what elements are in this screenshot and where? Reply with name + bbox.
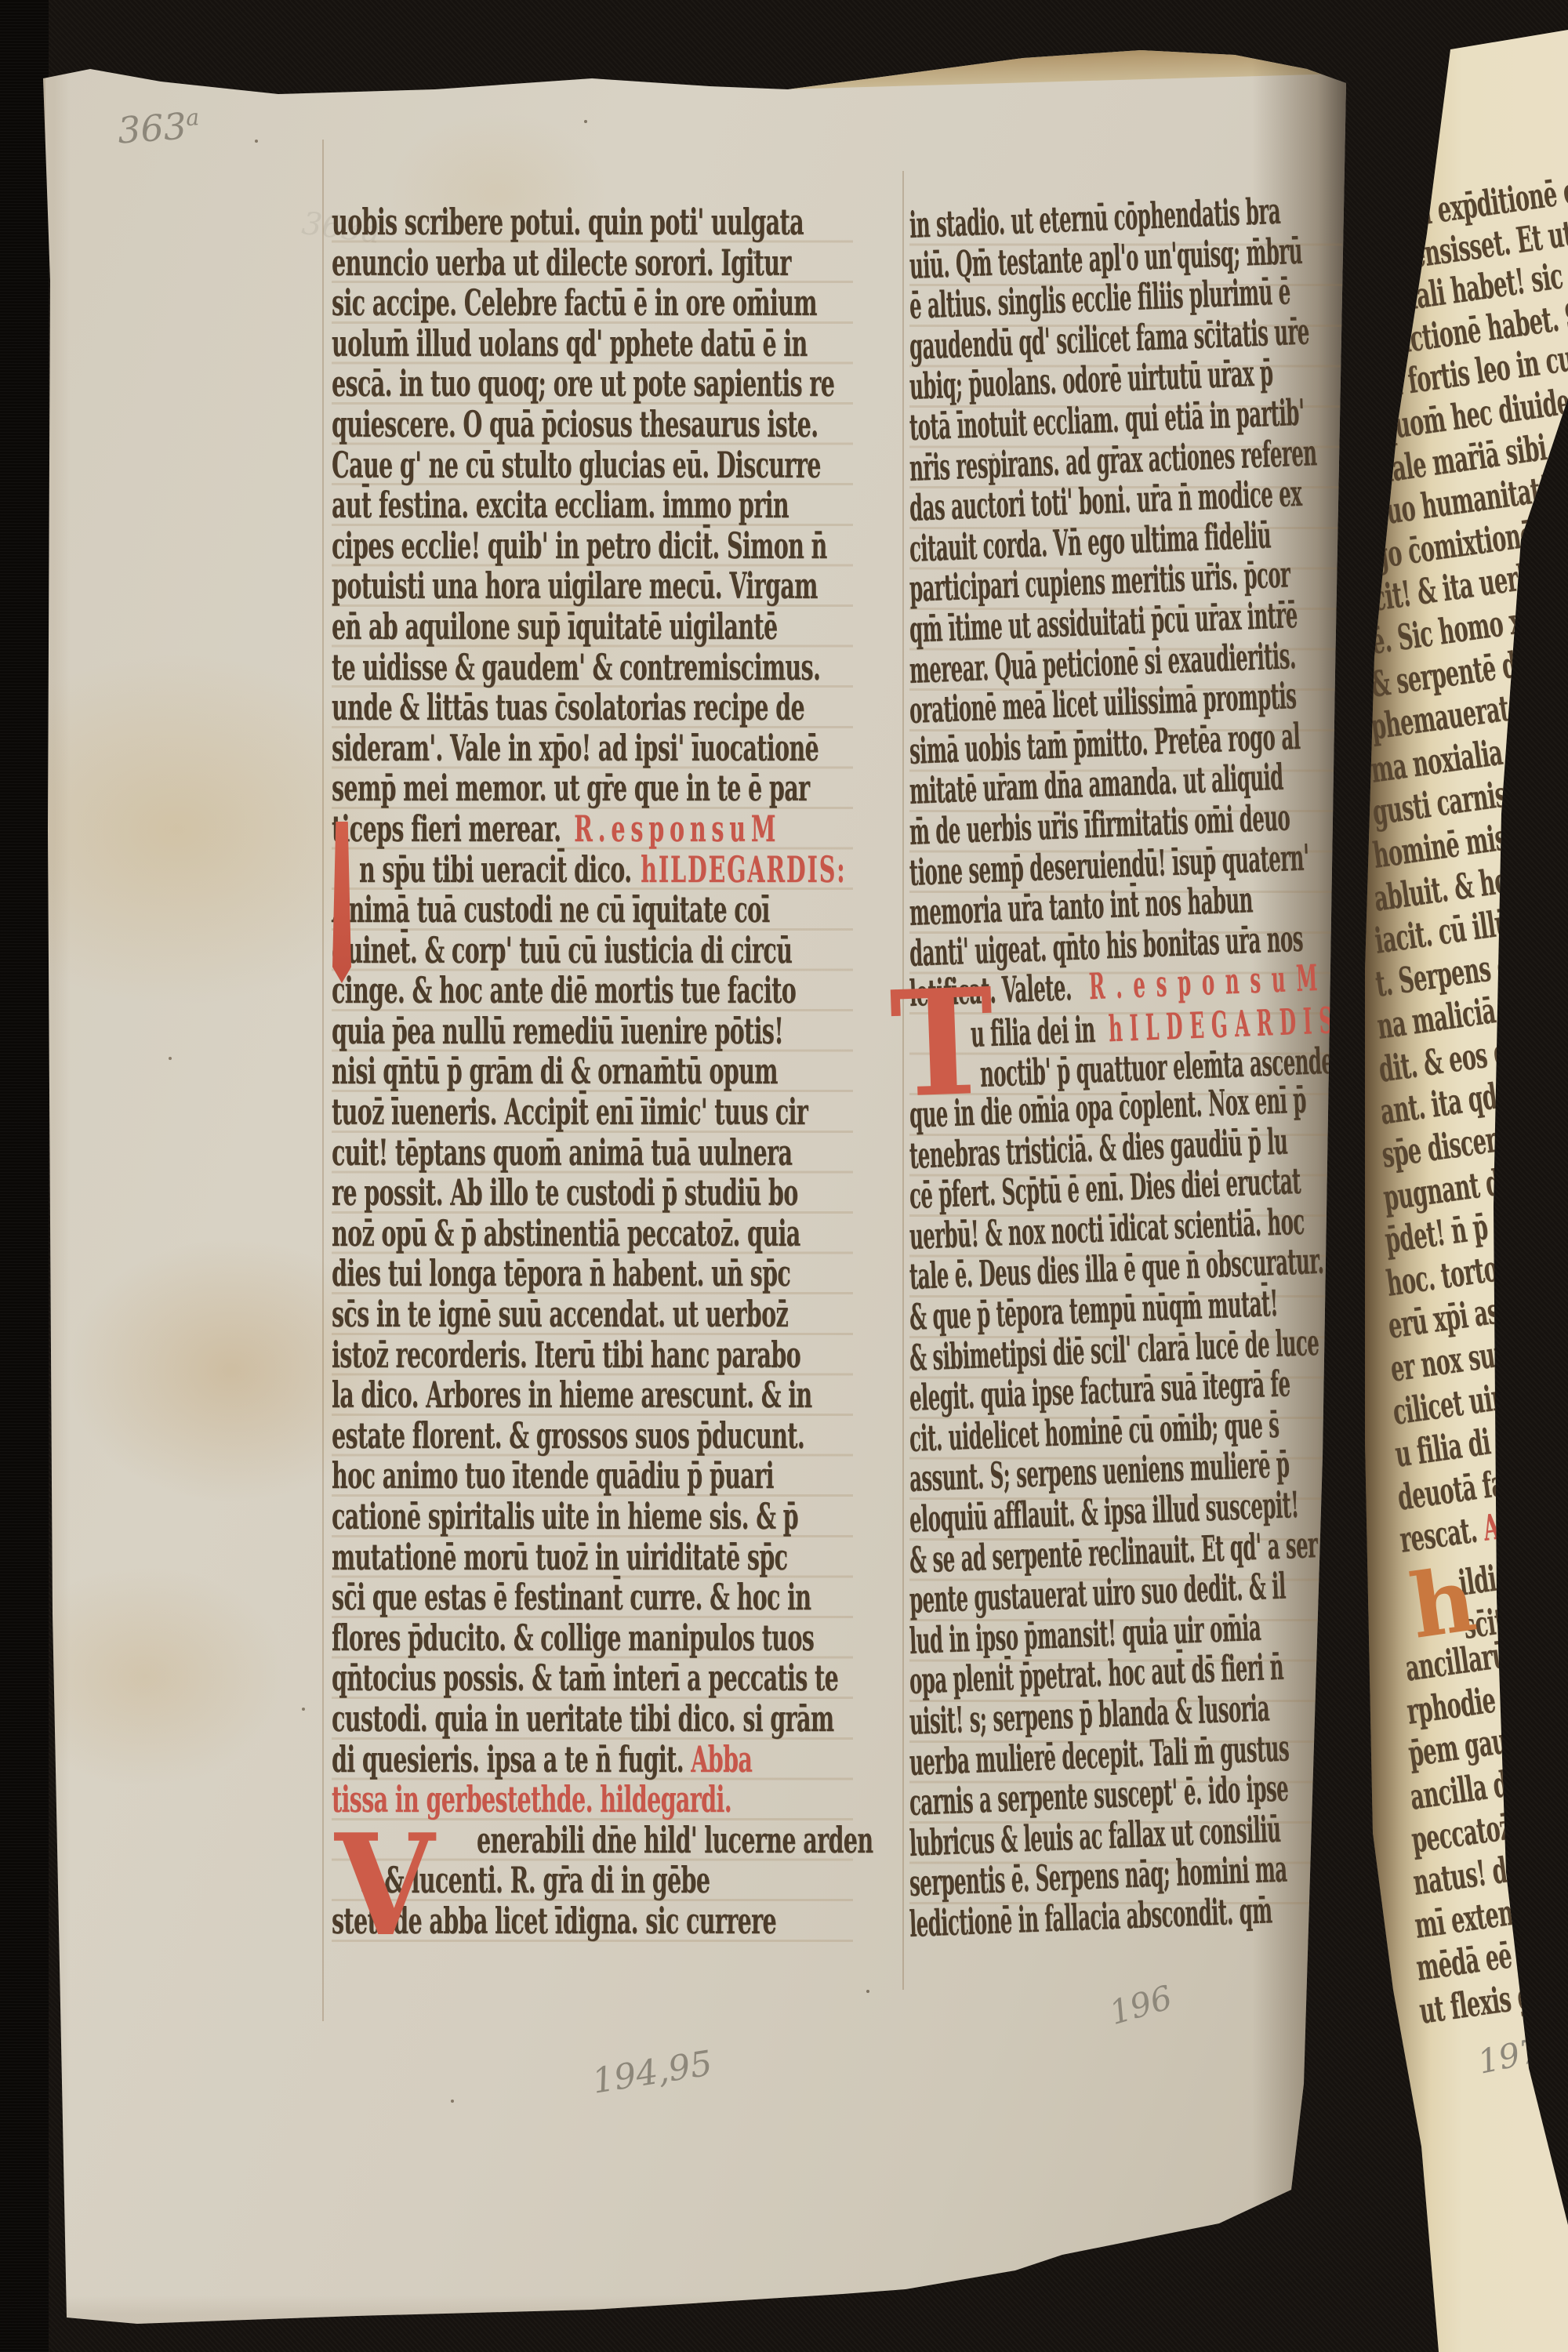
text-line: la dico. Arbores in hieme arescunt. & in xyxy=(332,1375,655,1416)
text-line: quiescere. O quā p̄ciosus thesaurus iste… xyxy=(332,405,655,445)
text-line: flores p̄ducito. & collige manipulos tuo… xyxy=(332,1618,655,1659)
line-text: cuit! tēptans quom̄ animā tuā uulnera xyxy=(332,1131,792,1174)
text-line: cinge. & hoc ante diē mortis tue facito xyxy=(332,971,655,1011)
text-line: Caue g' ne cū stulto glucias eū. Discurr… xyxy=(332,445,655,486)
text-line: ledictionē in fallacia abscondit. qm̄ xyxy=(909,1896,1139,1945)
text-line: sideram'. Vale in xp̄o! ad ipsi' īuocati… xyxy=(332,728,655,769)
line-text: istoz̄ recorderis. Iterū tibi hanc parab… xyxy=(332,1334,800,1376)
line-text: cationē spiritalis uite in hieme sis. & … xyxy=(332,1495,798,1537)
text-line: noz̄ opū & p̄ abstinentiā peccatoz̄. qui… xyxy=(332,1214,655,1254)
line-text: te uidisse & gaudem' & contremiscimus. xyxy=(332,646,820,688)
rubric-text: hILDEGARDIS: xyxy=(631,848,846,891)
text-line: uolum̄ illud uolans qd' pphete datū ē in xyxy=(332,324,655,365)
text-line: aut̄ festina. excita eccliam. immo prin xyxy=(332,485,655,526)
line-text: qn̄tocius possis. & tam̄ interī a peccat… xyxy=(332,1657,838,1699)
text-line: escā. in tuo quoq; ore ut pote sapientis… xyxy=(332,364,655,405)
line-text: Animā tuā custodi ne cū īquitate coī xyxy=(332,888,770,931)
initial-T-rubric: T xyxy=(888,968,996,1117)
page-number-pencil-col1: 194,95 xyxy=(590,2043,715,2101)
line-text: sc̄s in te ignē suū accendat. ut uerboz̄ xyxy=(332,1293,788,1335)
text-column-1: uobis scribere potui. quin poti' uulgata… xyxy=(332,202,853,1947)
text-line: cuit! tēptans quom̄ animā tuā uulnera xyxy=(332,1133,655,1174)
initial-I-rubric xyxy=(332,822,351,983)
line-text: noz̄ opū & p̄ abstinentiā peccatoz̄. qui… xyxy=(332,1212,800,1254)
line-text: aut̄ festina. excita eccliam. immo prin xyxy=(332,484,789,526)
manuscript-page-verso: 363a 363a uobis scribere potui. quin pot… xyxy=(43,45,1346,2327)
text-line: cationē spiritalis uite in hieme sis. & … xyxy=(332,1497,655,1537)
line-text: dies tui longa tēpora n̄ habent. un̄ sp̄… xyxy=(332,1252,790,1294)
text-line: n sp̄u tibi ueracit̄ dico. hILDEGARDIS: xyxy=(359,850,666,891)
line-text: cipes ecclie! quib' in petro dicit̄. Sim… xyxy=(332,524,827,567)
line-text: potuisti una hora uigilare mecū. Virgam xyxy=(332,564,818,607)
line-text: tuoz̄ īueneris. Accipit̄ enī īimic' tuus… xyxy=(332,1091,808,1133)
text-line: ticeps fieri merear. R.esponsuM xyxy=(332,809,655,850)
line-text: nisi qn̄tū p̄ grām di & ornam̄tū opum xyxy=(332,1050,778,1092)
line-text: mutationē morū tuoz̄ in uiriditatē sp̄c xyxy=(332,1536,787,1578)
line-text: re possit. Ab illo te custodi p̄ studiū … xyxy=(332,1171,798,1214)
page-curl-fore-edge xyxy=(787,33,1337,89)
page-number-pencil-col2: 196 xyxy=(1105,1978,1177,2032)
text-line: estate florent. & grossos suos p̄ducunt. xyxy=(332,1416,655,1457)
rubric-text: h il d xyxy=(1552,1537,1568,1590)
text-line: di quesieris. ipsa a te n̄ fugit. Abba xyxy=(332,1740,655,1780)
manuscript-photo: 363a 363a uobis scribere potui. quin pot… xyxy=(0,0,1568,2352)
rubric-text: R.esponsuM xyxy=(561,808,781,850)
line-text: quinet̄. & corp' tuū cū iusticia di circ… xyxy=(332,929,792,971)
foliation-pencil: 363a xyxy=(116,103,201,151)
text-line: te uidisse & gaudem' & contremiscimus. xyxy=(332,648,655,688)
line-text: sic accipe. Celebre factū ē in ore om̄iu… xyxy=(332,281,817,324)
line-text: flores p̄ducito. & collige manipulos tuo… xyxy=(332,1617,814,1659)
line-text: Caue g' ne cū stulto glucias eū. Discurr… xyxy=(332,444,821,486)
initial-V-rubric: V xyxy=(335,1816,434,1955)
line-text: en̄ ab aquilone sup̄ īquitatē uigilantē xyxy=(332,605,778,648)
line-text: sideram'. Vale in xp̄o! ad ipsi' īuocati… xyxy=(332,727,818,769)
line-text: estate florent. & grossos suos p̄ducunt. xyxy=(332,1414,804,1457)
page-number-pencil-recto: 197 xyxy=(1475,2031,1544,2082)
line-text: hoc animo tuo ītende quādiu p̄ p̄uari xyxy=(332,1454,774,1497)
line-text: ticeps fieri merear. xyxy=(332,808,561,850)
line-text: escā. in tuo quoq; ore ut pote sapientis… xyxy=(332,362,834,405)
text-line: en̄ ab aquilone sup̄ īquitatē uigilantē xyxy=(332,607,655,648)
rubric-text: Abba xyxy=(684,1738,752,1780)
text-line: custodi. quia in ueritate tibi dico. si … xyxy=(332,1699,655,1740)
text-line: sc̄i que estas ē festinant̄ curre. & hoc… xyxy=(332,1577,655,1618)
line-text: quiescere. O quā p̄ciosus thesaurus iste… xyxy=(332,403,818,445)
text-line: semp̄ mei memor. ut gr̄e que in te ē par xyxy=(332,768,655,809)
text-line: uobis scribere potui. quin poti' uulgata xyxy=(332,202,655,243)
text-line: quia p̄ea nullū remediū īuenire pōtis! xyxy=(332,1011,655,1052)
line-text: unde & littās tuas c̄solatorias recipe d… xyxy=(332,686,804,728)
text-line: nisi qn̄tū p̄ grām di & ornam̄tū opum xyxy=(332,1051,655,1092)
line-text: cinge. & hoc ante diē mortis tue facito xyxy=(332,969,796,1011)
binding-strip xyxy=(0,0,49,2352)
text-line: tuoz̄ īueneris. Accipit̄ enī īimic' tuus… xyxy=(332,1092,655,1133)
line-text: uolum̄ illud uolans qd' pphete datū ē in xyxy=(332,322,808,365)
text-line: potuisti una hora uigilare mecū. Virgam xyxy=(332,566,655,607)
line-text: custodi. quia in ueritate tibi dico. si … xyxy=(332,1697,833,1740)
text-line: enerabili dn̄e hild' lucerne arden xyxy=(477,1820,710,1861)
line-text: enerabili dn̄e hild' lucerne arden xyxy=(477,1819,873,1861)
text-line: istoz̄ recorderis. Iterū tibi hanc parab… xyxy=(332,1335,655,1376)
line-text: sc̄i que estas ē festinant̄ curre. & hoc… xyxy=(332,1576,811,1618)
text-line: Animā tuā custodi ne cū īquitate coī xyxy=(332,890,655,931)
text-line: re possit. Ab illo te custodi p̄ studiū … xyxy=(332,1173,655,1214)
line-text: semp̄ mei memor. ut gr̄e que in te ē par xyxy=(332,767,809,809)
text-line: unde & littās tuas c̄solatorias recipe d… xyxy=(332,688,655,728)
text-line: hoc animo tuo ītende quādiu p̄ p̄uari xyxy=(332,1456,655,1497)
text-line: cipes ecclie! quib' in petro dicit̄. Sim… xyxy=(332,526,655,567)
text-line: mutationē morū tuoz̄ in uiriditatē sp̄c xyxy=(332,1537,655,1578)
text-line: qn̄tocius possis. & tam̄ interī a peccat… xyxy=(332,1658,655,1699)
recto-text-column: si exp̄ditionē ostendissetensisset. Et u… xyxy=(1371,193,1568,2034)
text-line: sc̄s in te ignē suū accendat. ut uerboz̄ xyxy=(332,1294,655,1335)
manuscript-page-recto-sliver: si exp̄ditionē ostendissetensisset. Et u… xyxy=(1360,30,1568,2352)
line-text: quia p̄ea nullū remediū īuenire pōtis! xyxy=(332,1010,783,1052)
text-line: dies tui longa tēpora n̄ habent. un̄ sp̄… xyxy=(332,1254,655,1294)
text-line: sic accipe. Celebre factū ē in ore om̄iu… xyxy=(332,283,655,324)
line-text: uobis scribere potui. quin poti' uulgata xyxy=(332,201,804,243)
text-line: quinet̄. & corp' tuū cū iusticia di circ… xyxy=(332,931,655,971)
line-text: enuncio uerba ut dilecte sorori. Igitur xyxy=(332,241,791,284)
line-text: di quesieris. ipsa a te n̄ fugit. xyxy=(332,1738,684,1780)
line-text: n sp̄u tibi ueracit̄ dico. xyxy=(359,848,631,891)
line-text: la dico. Arbores in hieme arescunt. & in xyxy=(332,1374,812,1416)
margin-ruling-line xyxy=(322,140,324,2021)
text-line: enuncio uerba ut dilecte sorori. Igitur xyxy=(332,243,655,284)
